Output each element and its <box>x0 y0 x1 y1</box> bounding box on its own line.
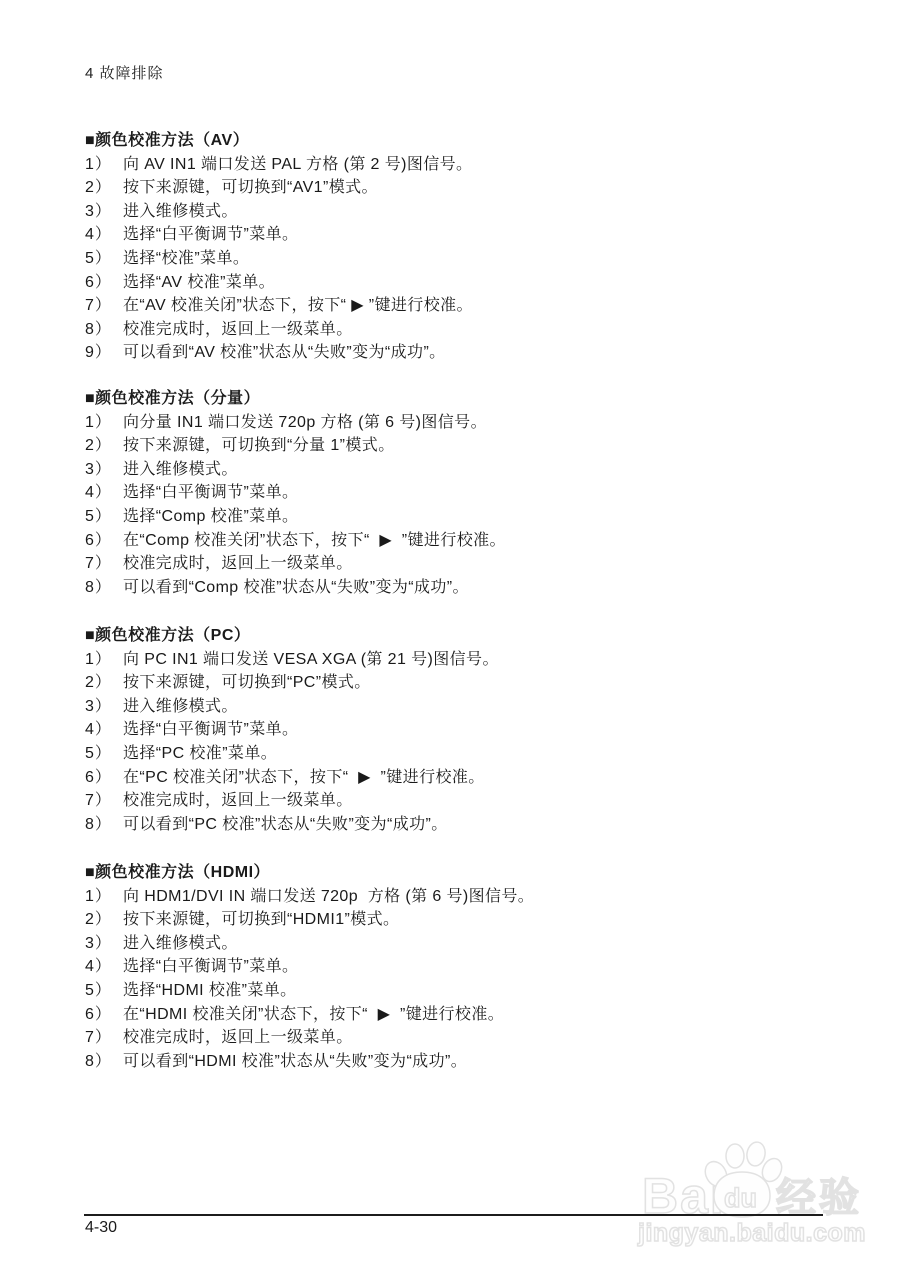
step-row: 8）校准完成时，返回上一级菜单。 <box>85 318 685 342</box>
step-text: 进入维修模式。 <box>123 695 238 719</box>
footer-rule <box>84 1214 823 1216</box>
baidu-logo-graphic: Bai du 经验 jingyan.baidu.com <box>634 1140 905 1262</box>
section-title: ■颜色校准方法（分量） <box>85 387 685 411</box>
step-row: 8）可以看到“PC 校准”状态从“失败”变为“成功”。 <box>85 813 685 837</box>
section-pc-calibration: ■颜色校准方法（PC） 1）向 PC IN1 端口发送 VESA XGA (第 … <box>85 624 685 836</box>
step-row: 7）校准完成时，返回上一级菜单。 <box>85 552 685 576</box>
step-number: 8） <box>85 1050 123 1074</box>
step-number: 4） <box>85 481 123 505</box>
step-text: 向 PC IN1 端口发送 VESA XGA (第 21 号)图信号。 <box>123 648 499 672</box>
step-text: 进入维修模式。 <box>123 200 238 224</box>
step-number: 1） <box>85 411 123 435</box>
section-av-calibration: ■颜色校准方法（AV） 1）向 AV IN1 端口发送 PAL 方格 (第 2 … <box>85 129 685 365</box>
step-text: 选择“校准”菜单。 <box>123 247 249 271</box>
step-text: 在“HDMI 校准关闭”状态下，按下“ ▶ ”键进行校准。 <box>123 1003 504 1027</box>
step-row: 8）可以看到“HDMI 校准”状态从“失败”变为“成功”。 <box>85 1050 685 1074</box>
step-row: 5）选择“Comp 校准”菜单。 <box>85 505 685 529</box>
step-text: 可以看到“PC 校准”状态从“失败”变为“成功”。 <box>123 813 448 837</box>
step-text: 校准完成时，返回上一级菜单。 <box>123 789 353 813</box>
step-text: 选择“Comp 校准”菜单。 <box>123 505 298 529</box>
step-row: 5）选择“HDMI 校准”菜单。 <box>85 979 685 1003</box>
step-row: 3）进入维修模式。 <box>85 932 685 956</box>
step-row: 2）按下来源键，可切换到“HDMI1”模式。 <box>85 908 685 932</box>
step-row: 6）在“HDMI 校准关闭”状态下，按下“ ▶ ”键进行校准。 <box>85 1003 685 1027</box>
step-text: 可以看到“Comp 校准”状态从“失败”变为“成功”。 <box>123 576 469 600</box>
step-number: 7） <box>85 552 123 576</box>
step-row: 7）校准完成时，返回上一级菜单。 <box>85 1026 685 1050</box>
step-number: 2） <box>85 176 123 200</box>
step-row: 6）在“Comp 校准关闭”状态下，按下“ ▶ ”键进行校准。 <box>85 529 685 553</box>
step-number: 6） <box>85 1003 123 1027</box>
step-number: 3） <box>85 200 123 224</box>
section-title: ■颜色校准方法（PC） <box>85 624 685 648</box>
step-text: 校准完成时，返回上一级菜单。 <box>123 318 353 342</box>
step-number: 3） <box>85 458 123 482</box>
step-number: 4） <box>85 223 123 247</box>
step-text: 按下来源键，可切换到“AV1”模式。 <box>123 176 378 200</box>
step-number: 8） <box>85 813 123 837</box>
step-text: 按下来源键，可切换到“分量 1”模式。 <box>123 434 395 458</box>
step-number: 8） <box>85 576 123 600</box>
step-number: 2） <box>85 434 123 458</box>
step-row: 4）选择“白平衡调节”菜单。 <box>85 955 685 979</box>
step-number: 4） <box>85 955 123 979</box>
step-number: 1） <box>85 648 123 672</box>
baidu-jingyan-watermark: Bai du 经验 jingyan.baidu.com <box>634 1140 905 1262</box>
step-text: 进入维修模式。 <box>123 932 238 956</box>
step-text: 选择“白平衡调节”菜单。 <box>123 223 298 247</box>
step-row: 6）选择“AV 校准”菜单。 <box>85 271 685 295</box>
step-number: 4） <box>85 718 123 742</box>
step-text: 向 HDM1/DVI IN 端口发送 720p 方格 (第 6 号)图信号。 <box>123 885 534 909</box>
step-text: 校准完成时，返回上一级菜单。 <box>123 552 353 576</box>
step-row: 3）进入维修模式。 <box>85 458 685 482</box>
step-row: 5）选择“校准”菜单。 <box>85 247 685 271</box>
watermark-du-text: du <box>724 1183 757 1213</box>
step-number: 7） <box>85 294 123 318</box>
step-row: 3）进入维修模式。 <box>85 695 685 719</box>
section-component-calibration: ■颜色校准方法（分量） 1）向分量 IN1 端口发送 720p 方格 (第 6 … <box>85 387 685 599</box>
step-row: 2）按下来源键，可切换到“AV1”模式。 <box>85 176 685 200</box>
step-row: 2）按下来源键，可切换到“PC”模式。 <box>85 671 685 695</box>
step-text: 进入维修模式。 <box>123 458 238 482</box>
step-number: 1） <box>85 885 123 909</box>
step-number: 9） <box>85 341 123 365</box>
step-text: 选择“白平衡调节”菜单。 <box>123 481 298 505</box>
step-row: 4）选择“白平衡调节”菜单。 <box>85 718 685 742</box>
step-text: 按下来源键，可切换到“PC”模式。 <box>123 671 371 695</box>
step-row: 7）校准完成时，返回上一级菜单。 <box>85 789 685 813</box>
step-row: 6）在“PC 校准关闭”状态下，按下“ ▶ ”键进行校准。 <box>85 766 685 790</box>
step-text: 向 AV IN1 端口发送 PAL 方格 (第 2 号)图信号。 <box>123 153 472 177</box>
step-number: 5） <box>85 742 123 766</box>
step-text: 选择“白平衡调节”菜单。 <box>123 718 298 742</box>
step-text: 可以看到“AV 校准”状态从“失败”变为“成功”。 <box>123 341 446 365</box>
step-number: 8） <box>85 318 123 342</box>
step-text: 向分量 IN1 端口发送 720p 方格 (第 6 号)图信号。 <box>123 411 487 435</box>
step-number: 1） <box>85 153 123 177</box>
page-number: 4-30 <box>85 1219 117 1237</box>
step-row: 5）选择“PC 校准”菜单。 <box>85 742 685 766</box>
step-number: 5） <box>85 505 123 529</box>
step-row: 1）向 PC IN1 端口发送 VESA XGA (第 21 号)图信号。 <box>85 648 685 672</box>
step-row: 9）可以看到“AV 校准”状态从“失败”变为“成功”。 <box>85 341 685 365</box>
step-number: 3） <box>85 695 123 719</box>
step-row: 2）按下来源键，可切换到“分量 1”模式。 <box>85 434 685 458</box>
chapter-header: 4 故障排除 <box>85 62 164 83</box>
step-text: 校准完成时，返回上一级菜单。 <box>123 1026 353 1050</box>
step-text: 选择“PC 校准”菜单。 <box>123 742 277 766</box>
section-title: ■颜色校准方法（HDMI） <box>85 861 685 885</box>
step-number: 6） <box>85 529 123 553</box>
watermark-url-text: jingyan.baidu.com <box>637 1219 866 1247</box>
step-row: 8）可以看到“Comp 校准”状态从“失败”变为“成功”。 <box>85 576 685 600</box>
step-row: 1）向 AV IN1 端口发送 PAL 方格 (第 2 号)图信号。 <box>85 153 685 177</box>
step-text: 按下来源键，可切换到“HDMI1”模式。 <box>123 908 399 932</box>
section-hdmi-calibration: ■颜色校准方法（HDMI） 1）向 HDM1/DVI IN 端口发送 720p … <box>85 861 685 1073</box>
step-row: 1）向 HDM1/DVI IN 端口发送 720p 方格 (第 6 号)图信号。 <box>85 885 685 909</box>
step-text: 选择“HDMI 校准”菜单。 <box>123 979 297 1003</box>
step-row: 7）在“AV 校准关闭”状态下，按下“ ▶ ”键进行校准。 <box>85 294 685 318</box>
step-number: 7） <box>85 789 123 813</box>
step-text: 可以看到“HDMI 校准”状态从“失败”变为“成功”。 <box>123 1050 467 1074</box>
step-number: 6） <box>85 271 123 295</box>
step-number: 3） <box>85 932 123 956</box>
step-number: 5） <box>85 979 123 1003</box>
step-row: 1）向分量 IN1 端口发送 720p 方格 (第 6 号)图信号。 <box>85 411 685 435</box>
step-number: 6） <box>85 766 123 790</box>
step-text: 在“AV 校准关闭”状态下，按下“ ▶ ”键进行校准。 <box>123 294 473 318</box>
step-row: 4）选择“白平衡调节”菜单。 <box>85 481 685 505</box>
step-text: 选择“AV 校准”菜单。 <box>123 271 275 295</box>
section-title: ■颜色校准方法（AV） <box>85 129 685 153</box>
step-number: 5） <box>85 247 123 271</box>
step-text: 在“PC 校准关闭”状态下，按下“ ▶ ”键进行校准。 <box>123 766 485 790</box>
step-number: 2） <box>85 671 123 695</box>
step-text: 选择“白平衡调节”菜单。 <box>123 955 298 979</box>
step-row: 3）进入维修模式。 <box>85 200 685 224</box>
step-number: 7） <box>85 1026 123 1050</box>
step-row: 4）选择“白平衡调节”菜单。 <box>85 223 685 247</box>
step-text: 在“Comp 校准关闭”状态下，按下“ ▶ ”键进行校准。 <box>123 529 506 553</box>
step-number: 2） <box>85 908 123 932</box>
